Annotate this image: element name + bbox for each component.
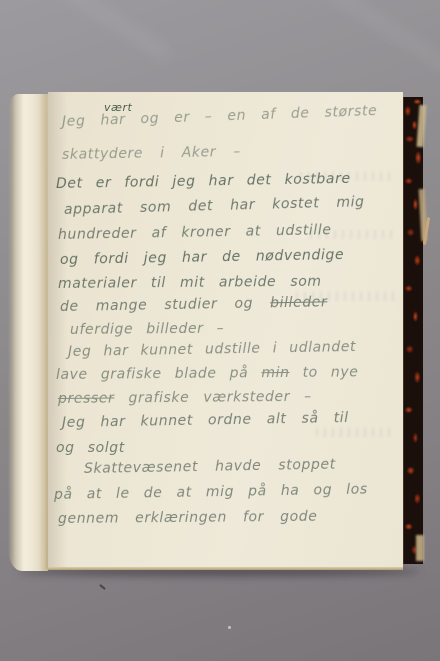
handwriting-word: hundreder af kroner at udstille: [58, 222, 332, 243]
cover-wear-patch: [416, 535, 424, 561]
handwriting-word: og fordi jeg har de nødvendige: [60, 247, 344, 268]
notebook: Jeg har og er – en af de størsteskattyde…: [8, 92, 422, 571]
handwriting-line: apparat som det har kostet mig: [64, 194, 365, 218]
handwriting-word: Jeg har kunnet udstille i udlandet: [68, 339, 356, 360]
handwriting-word-struck: min: [261, 365, 289, 381]
handwriting-word: uferdige billeder –: [70, 321, 224, 338]
handwriting-line: uferdige billeder –: [70, 321, 224, 338]
handwriting-line: hundreder af kroner at udstille: [58, 222, 332, 243]
handwriting-line: skattydere i Aker –: [62, 144, 241, 163]
handwriting-word: apparat som det har kostet mig: [64, 194, 365, 218]
handwriting-word-struck: billeder: [270, 294, 328, 311]
handwriting-word: skattydere i Aker –: [62, 144, 241, 163]
handwriting-line: Jeg har kunnet ordne alt så til: [62, 410, 349, 431]
backdrop-light-streak: [310, 0, 440, 77]
photo-backdrop: Jeg har og er – en af de størsteskattyde…: [0, 0, 440, 661]
handwriting-line: Det er fordi jeg har det kostbare: [56, 171, 351, 192]
handwriting-line: de mange studier og billeder: [60, 294, 328, 315]
ink-showthrough: [316, 428, 396, 437]
handwriting-line: på at le de at mig på ha og los: [54, 482, 368, 503]
handwriting-word: og solgt: [56, 440, 125, 456]
notebook-page: Jeg har og er – en af de størsteskattyde…: [48, 92, 403, 570]
handwriting-word: materialer til mit arbeide som: [58, 274, 322, 292]
handwriting-word: gennem erklæringen for gode: [58, 509, 318, 527]
handwriting-inserted-word: vært: [104, 101, 132, 114]
handwriting-line: og solgt: [56, 440, 125, 456]
backdrop-speck: [228, 626, 231, 629]
handwriting-word: Jeg har kunnet ordne alt så til: [62, 410, 349, 431]
handwriting-word-struck: presser: [58, 391, 115, 407]
handwriting-line: Jeg har kunnet udstille i udlandet: [68, 339, 356, 360]
handwriting-word: Skattevæsenet havde stoppet: [84, 457, 336, 477]
handwriting-line: og fordi jeg har de nødvendige: [60, 247, 344, 268]
page-bottom-edge: [48, 567, 403, 570]
handwriting-line: lave grafiske blade på min to nye: [56, 364, 359, 383]
handwriting-line: Skattevæsenet havde stoppet: [84, 457, 336, 477]
handwriting-word: lave grafiske blade på: [56, 365, 261, 383]
backdrop-speck: [99, 584, 106, 590]
handwriting-word: de mange studier og: [60, 295, 270, 315]
marbled-cover-edge: [403, 97, 423, 564]
handwriting-word: Det er fordi jeg har det kostbare: [56, 171, 351, 192]
page-stack-edge: [8, 94, 48, 571]
handwriting-line: gennem erklæringen for gode: [58, 509, 318, 527]
handwriting-word: grafiske værksteder –: [114, 389, 311, 407]
handwriting-line: materialer til mit arbeide som: [58, 274, 322, 292]
handwriting-word: på at le de at mig på ha og los: [54, 482, 368, 503]
handwriting-line: presser grafiske værksteder –: [58, 389, 312, 407]
handwriting-word: to nye: [289, 364, 358, 381]
cover-wear-patch: [417, 105, 427, 147]
backdrop-light-streak: [38, 0, 171, 62]
